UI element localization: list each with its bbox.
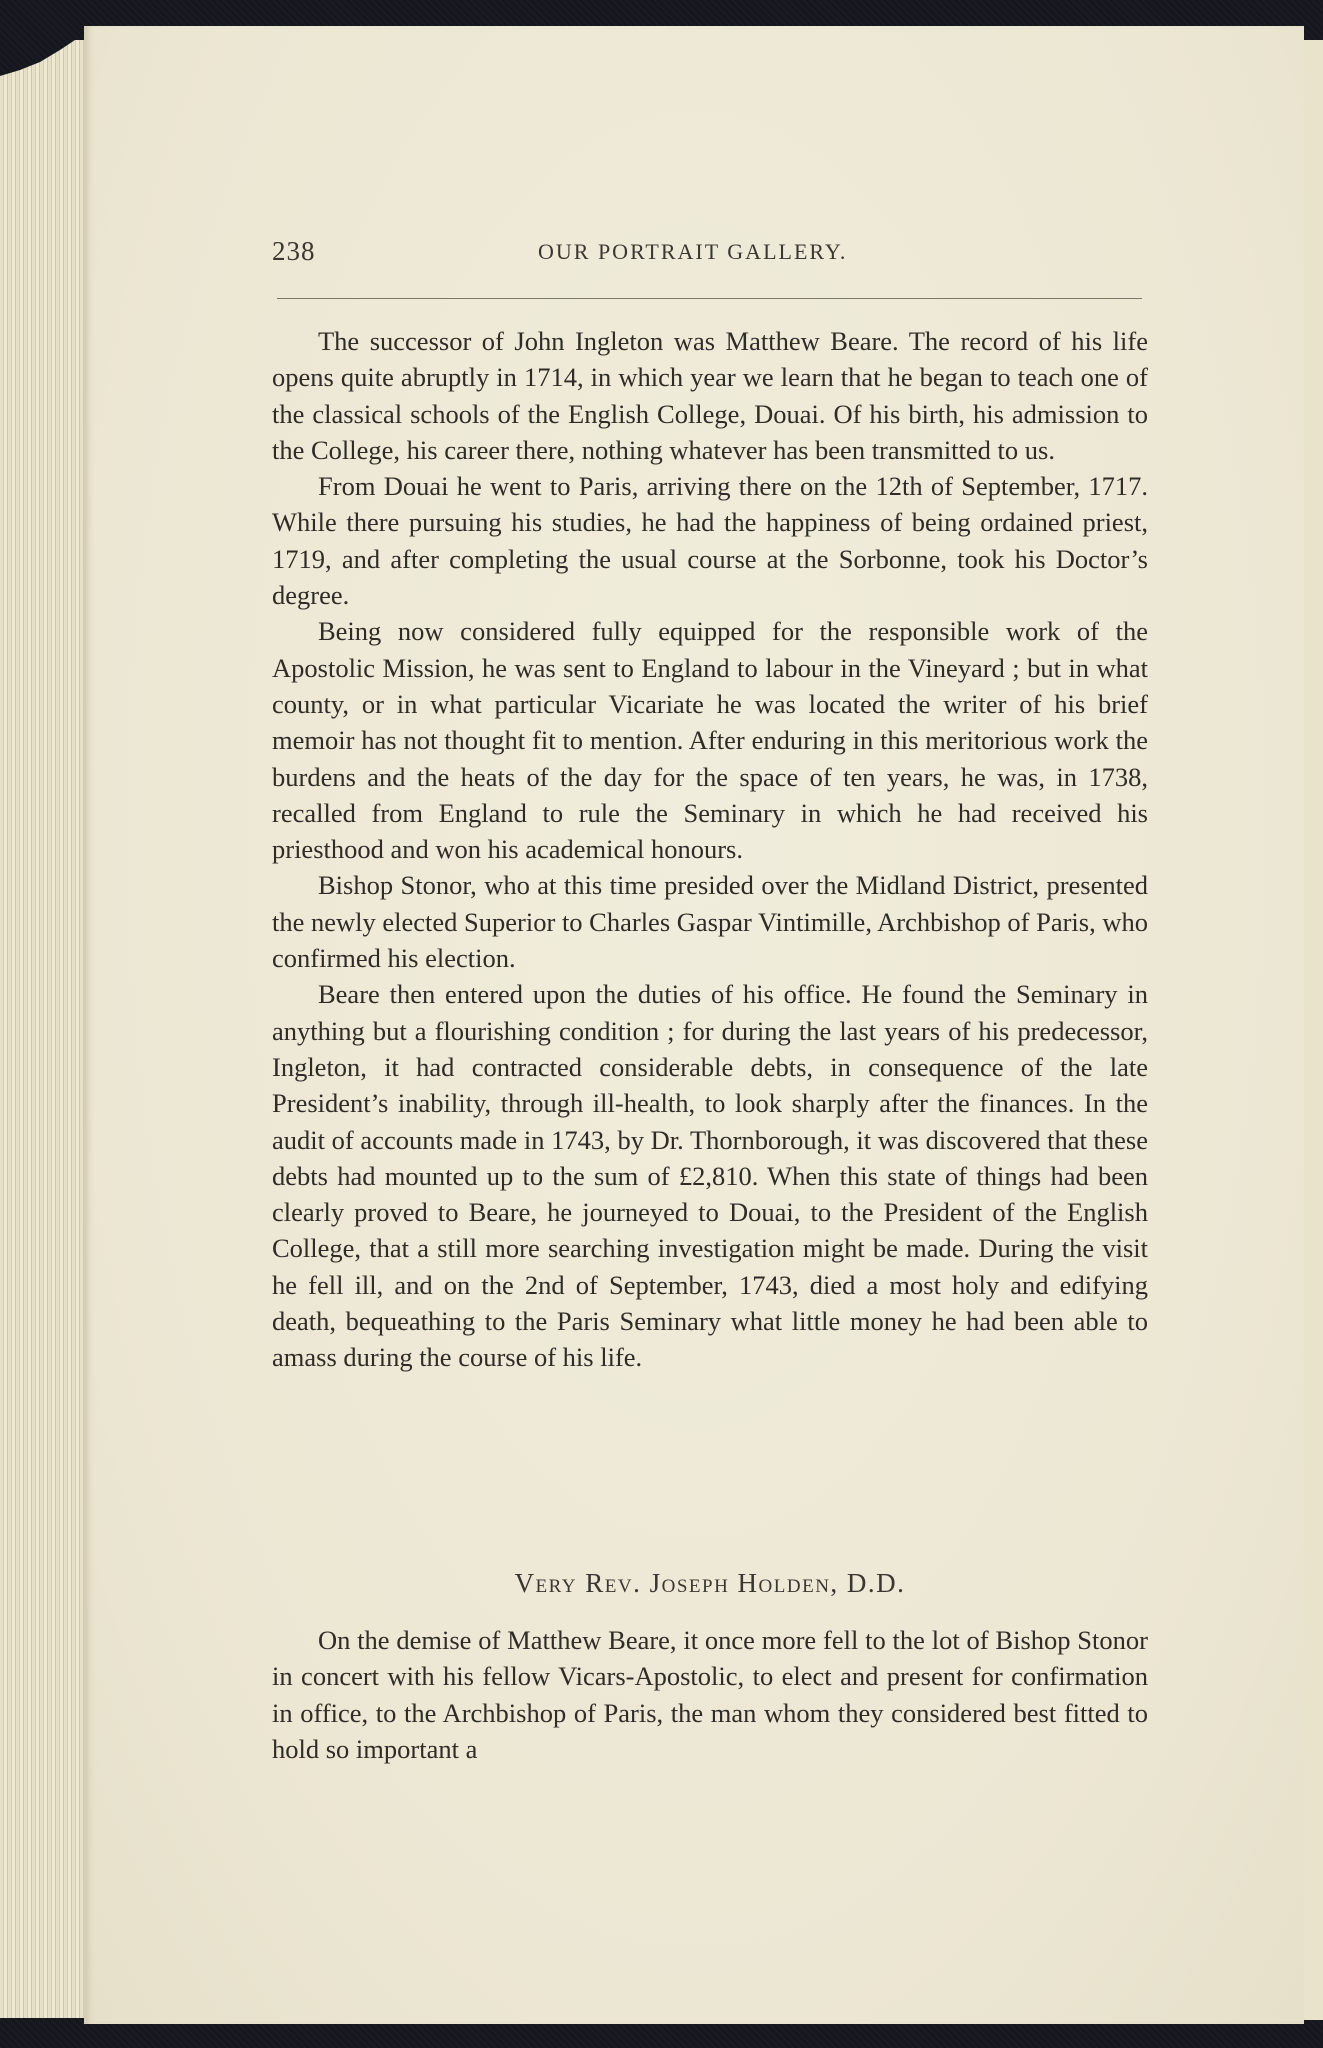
paragraph: On the demise of Matthew Beare, it once … (272, 1622, 1148, 1767)
paragraph: Being now considered fully equipped for … (272, 613, 1148, 867)
paragraph: Bishop Stonor, who at this time presided… (272, 867, 1148, 976)
running-title: OUR PORTRAIT GALLERY. (538, 239, 847, 265)
paragraph: From Douai he went to Paris, arriving th… (272, 468, 1148, 613)
section-text: On the demise of Matthew Beare, it once … (272, 1622, 1148, 1767)
paragraph: Beare then entered upon the duties of hi… (272, 976, 1148, 1375)
page-number: 238 (272, 236, 316, 267)
header-rule (277, 298, 1142, 299)
paragraph: The successor of John Ingleton was Matth… (272, 323, 1148, 468)
page-header: 238 OUR PORTRAIT GALLERY. (272, 236, 1148, 276)
main-text: The successor of John Ingleton was Matth… (272, 323, 1148, 1376)
section-heading: Very Rev. Joseph Holden, D.D. (272, 1568, 1148, 1599)
page-stack-edge (0, 40, 90, 2018)
